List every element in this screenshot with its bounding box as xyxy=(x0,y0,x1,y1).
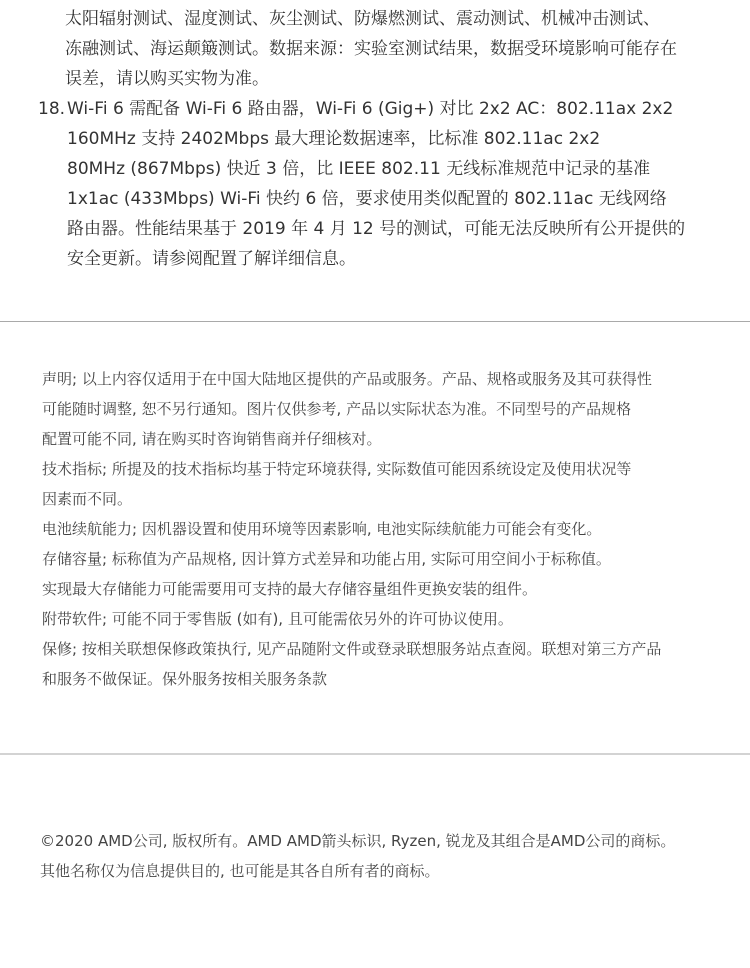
copyright-line: 其他名称仅为信息提供目的, 也可能是其各自所有者的商标。 xyxy=(40,856,740,886)
disclaimer-line: 存储容量; 标称值为产品规格, 因计算方式差异和功能占用, 实际可用空间小于标称… xyxy=(42,544,732,574)
footnote-line: 80MHz (867Mbps) 快近 3 倍，比 IEEE 802.11 无线标… xyxy=(67,154,727,184)
disclaimer-line: 因素而不同。 xyxy=(42,484,732,514)
disclaimer-line: 可能随时调整, 恕不另行通知。图片仅供参考, 产品以实际状态为准。不同型号的产品… xyxy=(42,394,732,424)
disclaimer-line: 声明; 以上内容仅适用于在中国大陆地区提供的产品或服务。产品、规格或服务及其可获… xyxy=(42,364,732,394)
footnote-line: 1x1ac (433Mbps) Wi-Fi 快约 6 倍，要求使用类似配置的 8… xyxy=(67,184,727,214)
footnote-17-continuation: 太阳辐射测试、湿度测试、灰尘测试、防爆燃测试、震动测试、机械冲击测试、 冻融测试… xyxy=(65,4,725,94)
disclaimer-line: 实现最大存储能力可能需要用可支持的最大存储容量组件更换安装的组件。 xyxy=(42,574,732,604)
disclaimer-line: 附带软件; 可能不同于零售版 (如有), 且可能需依另外的许可协议使用。 xyxy=(42,604,732,634)
footnote-line: 路由器。性能结果基于 2019 年 4 月 12 号的测试，可能无法反映所有公开… xyxy=(67,214,727,244)
section-divider xyxy=(0,753,750,755)
disclaimer-line: 和服务不做保证。保外服务按相关服务条款 xyxy=(42,664,732,694)
disclaimer-line: 配置可能不同, 请在购买时咨询销售商并仔细核对。 xyxy=(42,424,732,454)
disclaimer-line: 电池续航能力; 因机器设置和使用环境等因素影响, 电池实际续航能力可能会有变化。 xyxy=(42,514,732,544)
footnote-line: 160MHz 支持 2402Mbps 最大理论数据速率，比标准 802.11ac… xyxy=(67,124,727,154)
footnote-line: 冻融测试、海运颠簸测试。数据来源：实验室测试结果，数据受环境影响可能存在 xyxy=(65,34,725,64)
footnote-line: 误差，请以购买实物为准。 xyxy=(65,64,725,94)
footnote-line: 安全更新。请参阅配置了解详细信息。 xyxy=(67,244,727,274)
footnote-18-number: 18. xyxy=(38,94,65,124)
section-divider xyxy=(0,321,750,322)
disclaimer-line: 保修; 按相关联想保修政策执行, 见产品随附文件或登录联想服务站点查阅。联想对第… xyxy=(42,634,732,664)
disclaimer-section: 声明; 以上内容仅适用于在中国大陆地区提供的产品或服务。产品、规格或服务及其可获… xyxy=(42,364,732,694)
footnote-line: Wi-Fi 6 需配备 Wi-Fi 6 路由器，Wi-Fi 6 (Gig+) 对… xyxy=(67,94,727,124)
footnote-18-text: Wi-Fi 6 需配备 Wi-Fi 6 路由器，Wi-Fi 6 (Gig+) 对… xyxy=(67,94,727,274)
footnote-line: 太阳辐射测试、湿度测试、灰尘测试、防爆燃测试、震动测试、机械冲击测试、 xyxy=(65,4,725,34)
copyright-section: ©2020 AMD公司, 版权所有。AMD AMD箭头标识, Ryzen, 锐龙… xyxy=(40,826,740,886)
copyright-line: ©2020 AMD公司, 版权所有。AMD AMD箭头标识, Ryzen, 锐龙… xyxy=(40,826,740,856)
disclaimer-line: 技术指标; 所提及的技术指标均基于特定环境获得, 实际数值可能因系统设定及使用状… xyxy=(42,454,732,484)
